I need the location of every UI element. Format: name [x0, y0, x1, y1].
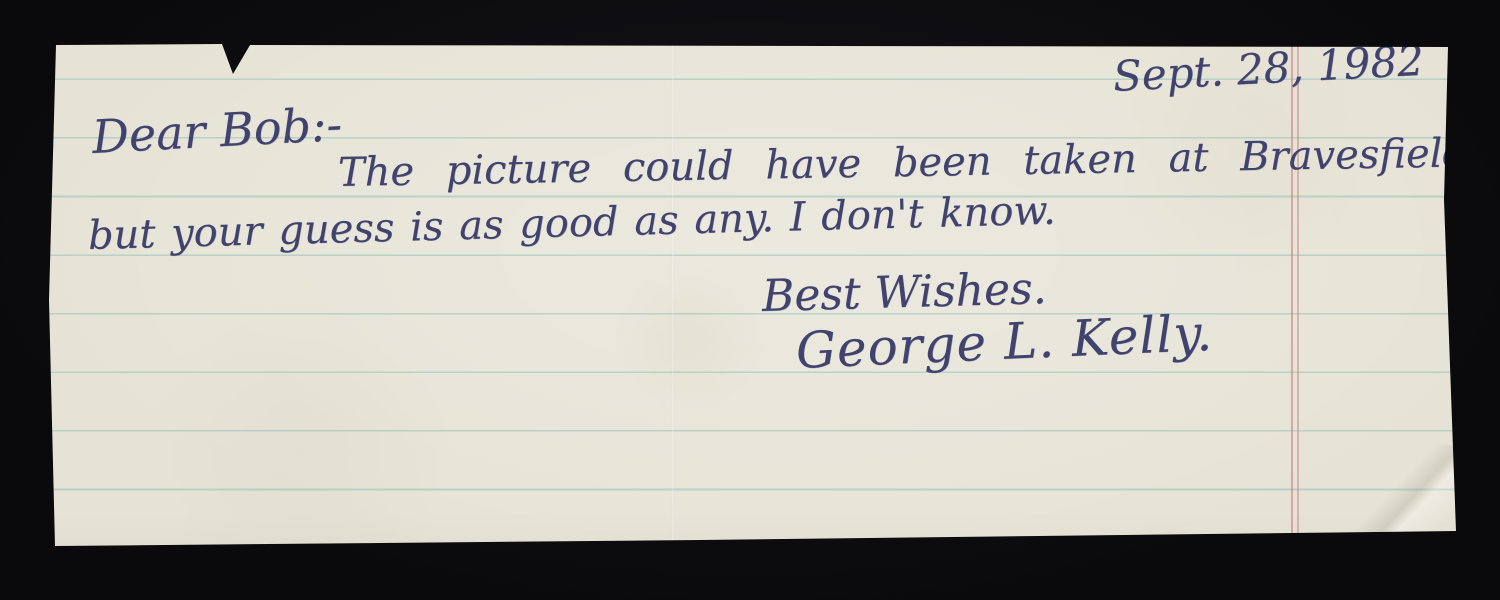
letter-body-line-2: but your guess is as good as any. I don'…: [87, 188, 1056, 259]
corner-wrinkle: [1322, 429, 1497, 570]
photo-background: Sept. 28, 1982 Dear Bob:- The picture co…: [0, 0, 1500, 600]
letter-salutation: Dear Bob:-: [91, 97, 344, 164]
letter-paper: Sept. 28, 1982 Dear Bob:- The picture co…: [0, 0, 1500, 600]
letter-body-line-1: The picture could have been taken at Bra…: [338, 130, 1469, 196]
letter-date: Sept. 28, 1982: [1112, 36, 1425, 101]
paper-fold-crease: [671, 40, 675, 560]
